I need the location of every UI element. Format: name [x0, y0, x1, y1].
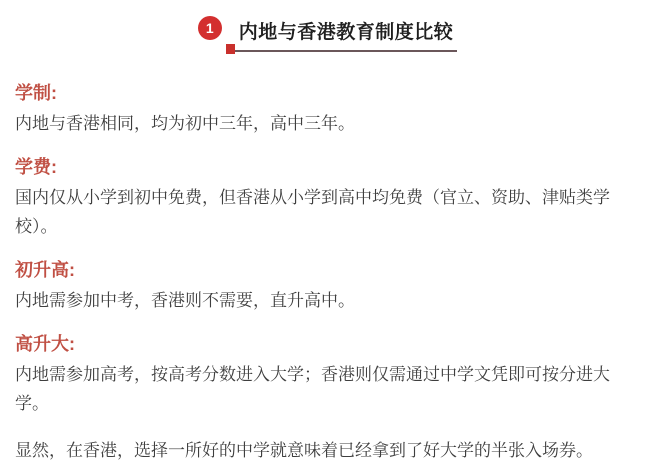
title-underline-wrap: 内地与香港教育制度比较	[226, 16, 458, 52]
title-marker-square-icon	[226, 44, 235, 54]
section-tuition: 学费: 国内仅从小学到初中免费，但香港从小学到高中均免费（官立、资助、津贴类学 …	[15, 156, 640, 241]
section-senior-to-university: 高升大: 内地需参加高考，按高考分数进入大学；香港则仅需通过中学文凭即可按分进大…	[15, 333, 640, 418]
section-body: 内地与香港相同，均为初中三年，高中三年。	[15, 109, 640, 138]
section-label: 高升大:	[15, 333, 640, 355]
page-title: 内地与香港教育制度比较	[239, 22, 454, 43]
section-body: 国内仅从小学到初中免费，但香港从小学到高中均免费（官立、资助、津贴类学 校）。	[15, 183, 640, 241]
section-junior-to-senior: 初升高: 内地需参加中考，香港则不需要，直升高中。	[15, 259, 640, 315]
badge-number: 1	[206, 20, 214, 36]
article-title-row: 1 内地与香港教育制度比较	[15, 16, 640, 52]
section-label: 学费:	[15, 156, 640, 178]
conclusion-note: 显然，在香港，选择一所好的中学就意味着已经拿到了好大学的半张入场券。	[15, 436, 640, 465]
section-body: 内地需参加中考，香港则不需要，直升高中。	[15, 286, 640, 315]
section-label: 初升高:	[15, 259, 640, 281]
section-body: 内地需参加高考，按高考分数进入大学；香港则仅需通过中学文凭即可按分进大 学。	[15, 360, 640, 418]
section-number-badge: 1	[198, 16, 222, 40]
section-school-system: 学制: 内地与香港相同，均为初中三年，高中三年。	[15, 82, 640, 138]
article-page: 1 内地与香港教育制度比较 学制: 内地与香港相同，均为初中三年，高中三年。 学…	[0, 0, 652, 472]
section-label: 学制:	[15, 82, 640, 104]
